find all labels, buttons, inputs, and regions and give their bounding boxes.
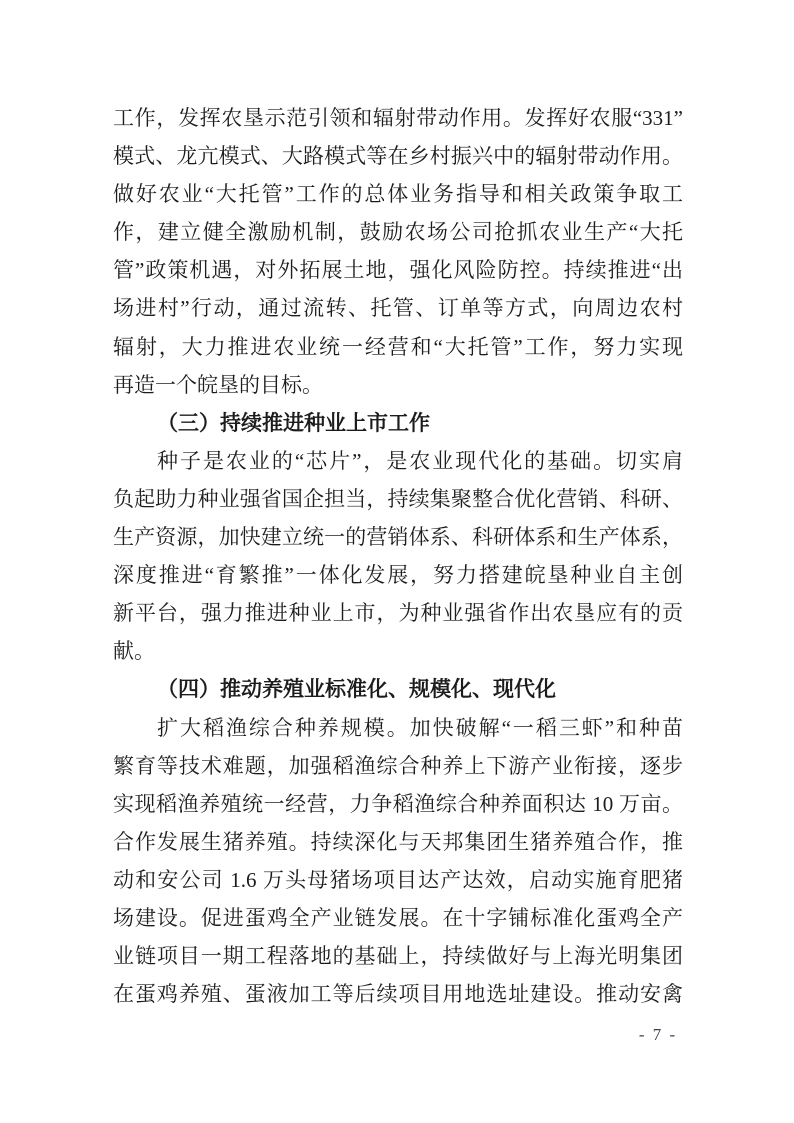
text-line: 作，建立健全激励机制，鼓励农场公司抢抓农业生产“大托 <box>113 213 683 251</box>
section-heading: （四）推动养殖业标准化、规模化、现代化 <box>113 670 683 708</box>
page-number: - 7 - <box>620 1024 696 1046</box>
text-line: 做好农业“大托管”工作的总体业务指导和相关政策争取工 <box>113 175 683 213</box>
text-line: 场进村”行动，通过流转、托管、订单等方式，向周边农村 <box>113 289 683 327</box>
document-body: 工作，发挥农垦示范引领和辐射带动作用。发挥好农服“331”模式、龙亢模式、大路模… <box>113 99 683 1013</box>
text-line: 献。 <box>113 632 683 670</box>
text-line: 生产资源，加快建立统一的营销体系、科研体系和生产体系， <box>113 518 683 556</box>
text-line: 扩大稻渔综合种养规模。加快破解“一稻三虾”和种苗 <box>113 709 683 747</box>
text-line: 模式、龙亢模式、大路模式等在乡村振兴中的辐射带动作用。 <box>113 137 683 175</box>
text-line: 在蛋鸡养殖、蛋液加工等后续项目用地选址建设。推动安禽 <box>113 975 683 1013</box>
text-line: 繁育等技术难题，加强稻渔综合种养上下游产业衔接，逐步 <box>113 747 683 785</box>
text-line: 负起助力种业强省国企担当，持续集聚整合优化营销、科研、 <box>113 480 683 518</box>
text-line: 实现稻渔养殖统一经营，力争稻渔综合种养面积达 10 万亩。 <box>113 785 683 823</box>
section-heading: （三）持续推进种业上市工作 <box>113 404 683 442</box>
text-line: 辐射，大力推进农业统一经营和“大托管”工作，努力实现 <box>113 328 683 366</box>
text-line: 新平台，强力推进种业上市，为种业强省作出农垦应有的贡 <box>113 594 683 632</box>
text-line: 场建设。促进蛋鸡全产业链发展。在十字铺标准化蛋鸡全产 <box>113 899 683 937</box>
text-line: 深度推进“育繁推”一体化发展，努力搭建皖垦种业自主创 <box>113 556 683 594</box>
text-line: 工作，发挥农垦示范引领和辐射带动作用。发挥好农服“331” <box>113 99 683 137</box>
document-page: 工作，发挥农垦示范引领和辐射带动作用。发挥好农服“331”模式、龙亢模式、大路模… <box>0 0 794 1123</box>
text-line: 动和安公司 1.6 万头母猪场项目达产达效，启动实施育肥猪 <box>113 861 683 899</box>
text-line: 管”政策机遇，对外拓展土地，强化风险防控。持续推进“出 <box>113 251 683 289</box>
text-line: 业链项目一期工程落地的基础上，持续做好与上海光明集团 <box>113 937 683 975</box>
text-line: 种子是农业的“芯片”，是农业现代化的基础。切实肩 <box>113 442 683 480</box>
text-line: 合作发展生猪养殖。持续深化与天邦集团生猪养殖合作，推 <box>113 823 683 861</box>
text-line: 再造一个皖垦的目标。 <box>113 366 683 404</box>
